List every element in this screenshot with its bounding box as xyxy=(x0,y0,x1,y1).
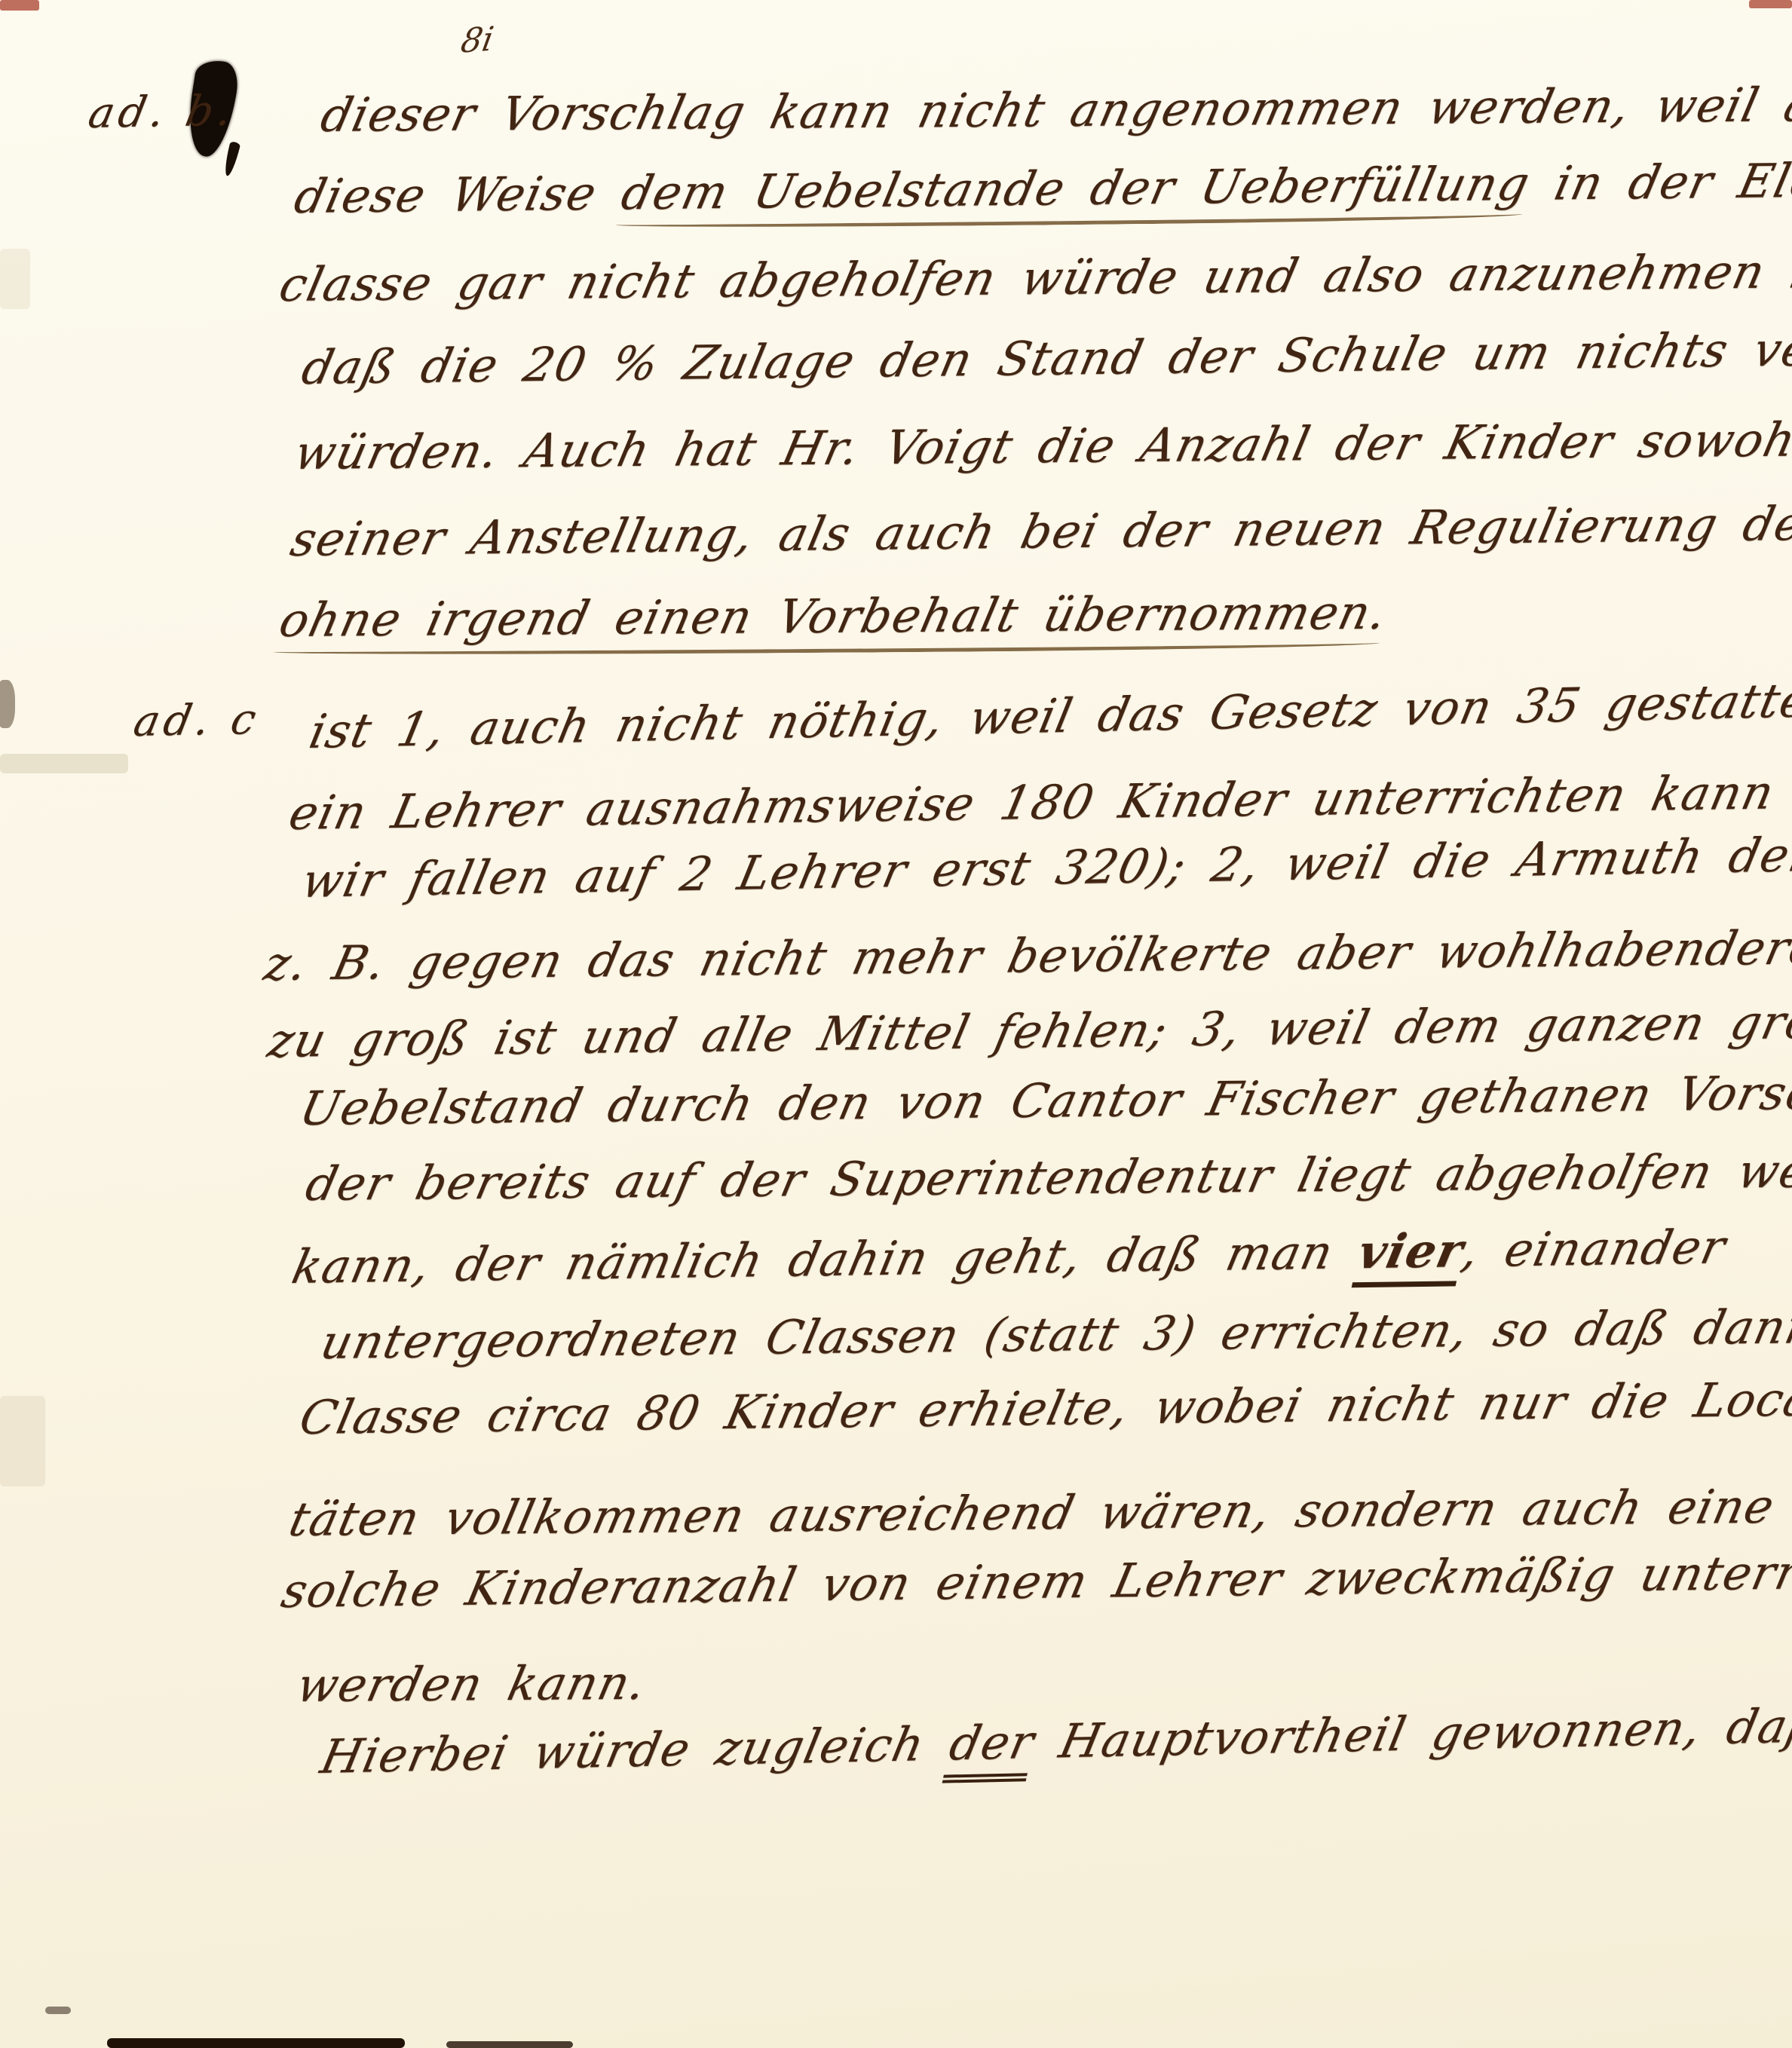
text-segment: täten vollkommen ausreichend wären, sond… xyxy=(284,1479,1780,1547)
manuscript-line: diese Weise dem Uebelstande der Ueberfül… xyxy=(290,154,1792,221)
underlined-phrase: dem Uebelstande der Ueberfüllung xyxy=(614,156,1535,230)
edge-smudge xyxy=(0,754,128,773)
text-segment: Hauptvortheil gewonnen, daß, xyxy=(1028,1697,1792,1770)
manuscript-line: täten vollkommen ausreichend wären, sond… xyxy=(285,1482,1779,1544)
text-segment: in der Elementar- xyxy=(1523,151,1792,211)
manuscript-line: würden. Auch hat Hr. Voigt die Anzahl de… xyxy=(290,414,1792,477)
manuscript-line: ohne irgend einen Vorbehalt übernommen. xyxy=(275,588,1392,644)
manuscript-line: ein Lehrer ausnahmsweise 180 Kinder unte… xyxy=(285,767,1792,837)
text-segment: daß die 20 % Zulage den Stand der Schule… xyxy=(297,319,1792,395)
text-segment: Uebelstand durch den von Cantor Fischer … xyxy=(295,1064,1792,1136)
text-segment: diese Weise xyxy=(289,165,629,224)
manuscript-line: werden kann. xyxy=(293,1658,651,1710)
manuscript-line: classe gar nicht abgeholfen würde und al… xyxy=(275,246,1792,309)
manuscript-line: Hierbei würde zugleich der Hauptvortheil… xyxy=(317,1701,1792,1781)
manuscript-line: solche Kinderanzahl von einem Lehrer zwe… xyxy=(277,1546,1792,1615)
underlined-phrase: der xyxy=(942,1714,1040,1783)
scan-artifact-top-right xyxy=(1749,0,1792,8)
manuscript-line: seiner Anstellung, als auch bei der neue… xyxy=(286,497,1792,564)
underlined-phrase: ohne irgend einen Vorbehalt übernommen. xyxy=(272,585,1392,657)
edge-smudge xyxy=(0,1396,45,1486)
text-segment: ein Lehrer ausnahmsweise 180 Kinder unte… xyxy=(284,764,1792,840)
scan-artifact-bottom xyxy=(107,2038,405,2048)
text-segment: solche Kinderanzahl von einem Lehrer zwe… xyxy=(277,1543,1792,1618)
manuscript-line: Classe circa 80 Kinder erhielte, wobei n… xyxy=(296,1374,1792,1443)
page-corner-mark: 8i xyxy=(458,20,496,61)
manuscript-line: zu groß ist und alle Mittel fehlen; 3, w… xyxy=(264,996,1792,1065)
text-segment: , einander xyxy=(1457,1219,1732,1278)
text-segment: seiner Anstellung, als auch bei der neue… xyxy=(286,494,1792,567)
manuscript-line: wir fallen auf 2 Lehrer erst 320); 2, we… xyxy=(298,827,1792,905)
text-segment: zu groß ist und alle Mittel fehlen; 3, w… xyxy=(263,993,1792,1068)
text-segment: ist 1, auch nicht nöthig, weil das Geset… xyxy=(305,669,1792,759)
manuscript-line: kann, der nämlich dahin geht, daß man vi… xyxy=(288,1222,1731,1291)
text-segment: Classe circa 80 Kinder erhielte, wobei n… xyxy=(295,1371,1792,1446)
manuscript-page: 8i ad. b.dieser Vorschlag kann nicht ang… xyxy=(0,0,1792,2048)
scan-artifact-bottom xyxy=(446,2041,573,2048)
ink-blot-drip xyxy=(222,141,241,177)
manuscript-line: Uebelstand durch den von Cantor Fischer … xyxy=(296,1067,1792,1133)
edge-ink-mark xyxy=(0,680,15,728)
manuscript-line: untergeordneten Classen (statt 3) errich… xyxy=(317,1300,1792,1367)
underlined-phrase: vier xyxy=(1352,1223,1469,1287)
scan-artifact-top-left xyxy=(0,0,39,11)
manuscript-line: ist 1, auch nicht nöthig, weil das Geset… xyxy=(305,672,1792,756)
margin-note-2: ad. c xyxy=(130,695,265,746)
text-segment: z. B. gegen das nicht mehr bevölkerte ab… xyxy=(259,917,1792,991)
text-segment: Hierbei würde zugleich xyxy=(316,1716,957,1784)
scan-artifact-bottom xyxy=(45,2007,71,2014)
manuscript-line: daß die 20 % Zulage den Stand der Schule… xyxy=(298,322,1792,392)
edge-smudge xyxy=(0,249,30,309)
text-segment: dieser Vorschlag kann nicht angenommen w… xyxy=(316,77,1792,142)
text-segment: werden kann. xyxy=(292,1655,652,1713)
margin-note-1: ad. b. xyxy=(84,86,240,138)
text-segment: würden. Auch hat Hr. Voigt die Anzahl de… xyxy=(289,411,1792,480)
text-segment: kann, der nämlich dahin geht, daß man xyxy=(287,1224,1365,1294)
manuscript-line: z. B. gegen das nicht mehr bevölkerte ab… xyxy=(260,920,1792,988)
manuscript-line: dieser Vorschlag kann nicht angenommen w… xyxy=(317,80,1792,139)
text-segment: untergeordneten Classen (statt 3) errich… xyxy=(316,1297,1792,1370)
text-segment: classe gar nicht abgeholfen würde und al… xyxy=(274,243,1792,312)
text-segment: der bereits auf der Superintendentur lie… xyxy=(301,1142,1792,1211)
manuscript-line: der bereits auf der Superintendentur lie… xyxy=(302,1145,1792,1208)
